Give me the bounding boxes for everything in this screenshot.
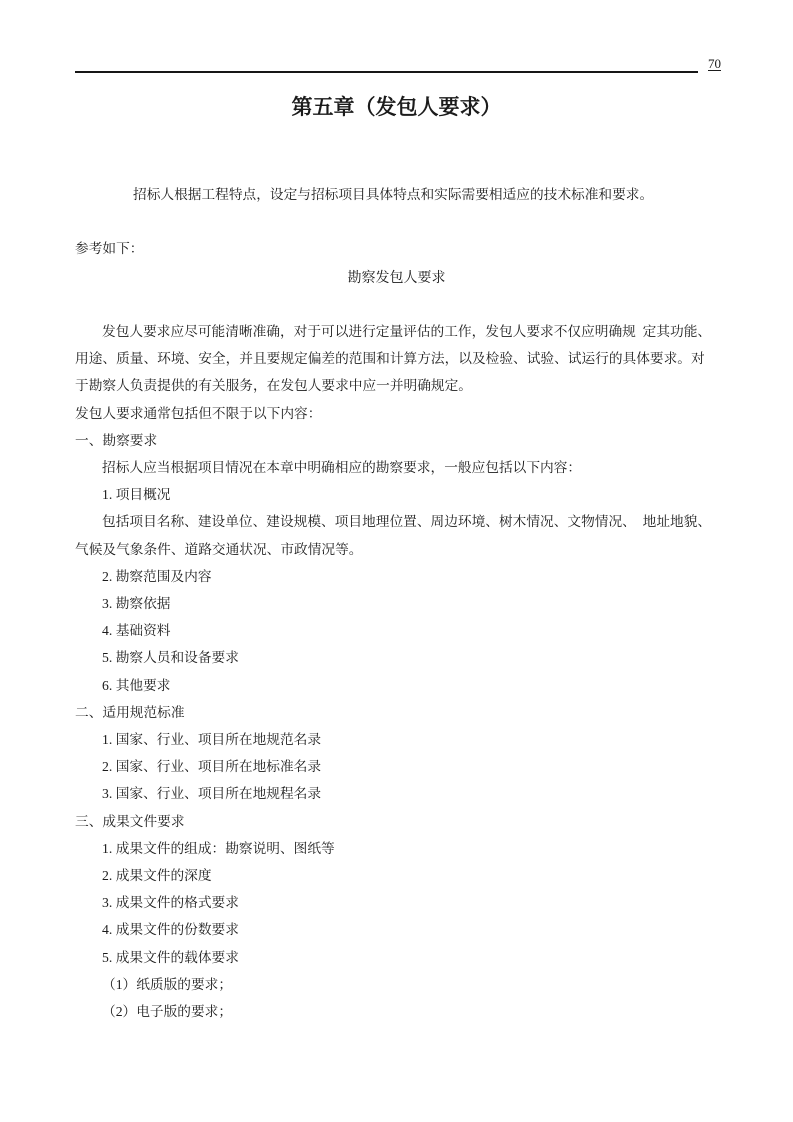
text-line: （1）纸质版的要求；	[75, 971, 755, 998]
intro-paragraph: 招标人根据工程特点，设定与招标项目具体特点和实际需要相适应的技术标准和要求。	[75, 181, 735, 208]
text-line: 3. 勘察依据	[75, 590, 755, 617]
text-line: 2. 勘察范围及内容	[75, 563, 755, 590]
text-line: 3. 国家、行业、项目所在地规程名录	[75, 780, 755, 807]
text-line: 1. 项目概况	[75, 481, 755, 508]
text-line: 用途、质量、环境、安全，并且要规定偏差的范围和计算方法，以及检验、试验、试运行的…	[75, 345, 755, 372]
text-line: 二、适用规范标准	[75, 699, 755, 726]
text-line: 1. 成果文件的组成：勘察说明、图纸等	[75, 835, 755, 862]
text-line: 3. 成果文件的格式要求	[75, 889, 755, 916]
text-line: 发包人要求应尽可能清晰准确，对于可以进行定量评估的工作，发包人要求不仅应明确规 …	[75, 318, 755, 345]
text-line: 6. 其他要求	[75, 672, 755, 699]
text-line: 1. 国家、行业、项目所在地规范名录	[75, 726, 755, 753]
document-page: 70 第五章（发包人要求） 招标人根据工程特点，设定与招标项目具体特点和实际需要…	[0, 0, 793, 1122]
text-line: 气候及气象条件、道路交通状况、市政情况等。	[75, 536, 755, 563]
text-line: 发包人要求通常包括但不限于以下内容：	[75, 400, 755, 427]
chapter-title: 第五章（发包人要求）	[75, 95, 718, 121]
text-line: （2）电子版的要求；	[75, 998, 755, 1025]
reference-label: 参考如下：	[75, 235, 143, 262]
section-title: 勘察发包人要求	[75, 265, 718, 292]
text-line: 一、勘察要求	[75, 427, 755, 454]
text-line: 包括项目名称、建设单位、建设规模、项目地理位置、周边环境、树木情况、文物情况、 …	[75, 508, 755, 535]
text-line: 于勘察人负责提供的有关服务，在发包人要求中应一并明确规定。	[75, 372, 755, 399]
text-line: 5. 成果文件的载体要求	[75, 944, 755, 971]
text-line: 4. 成果文件的份数要求	[75, 916, 755, 943]
text-line: 三、成果文件要求	[75, 808, 755, 835]
page-number: 70	[708, 56, 721, 71]
header-rule	[75, 71, 698, 73]
text-line: 招标人应当根据项目情况在本章中明确相应的勘察要求，一般应包括以下内容：	[75, 454, 755, 481]
text-line: 4. 基础资料	[75, 617, 755, 644]
text-line: 2. 国家、行业、项目所在地标准名录	[75, 753, 755, 780]
text-line: 2. 成果文件的深度	[75, 862, 755, 889]
body-lines: 发包人要求应尽可能清晰准确，对于可以进行定量评估的工作，发包人要求不仅应明确规 …	[75, 318, 755, 1025]
text-line: 5. 勘察人员和设备要求	[75, 644, 755, 671]
